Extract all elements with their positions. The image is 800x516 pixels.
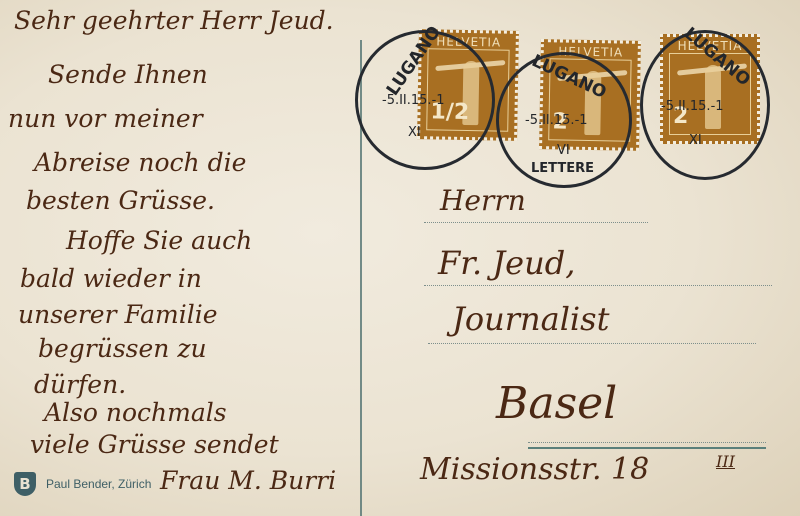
message-line: nun vor meiner <box>8 104 203 133</box>
publisher-text: Paul Bender, Zürich <box>46 477 151 491</box>
postmark-code: XI <box>689 133 702 148</box>
postcard: Sehr geehrter Herr Jeud. Sende Ihnen nun… <box>0 0 800 516</box>
address-street: Missionsstr. 18 <box>420 452 649 487</box>
address-rule-solid <box>528 447 766 449</box>
message-line: viele Grüsse sendet <box>30 430 279 459</box>
postmark: LUGANO -5.II.15.-1 XI <box>355 30 495 170</box>
postmark-date: -5.II.15.-1 <box>525 113 588 128</box>
publisher-shield-icon: B <box>14 472 36 496</box>
postmark-office: LETTERE <box>531 161 594 176</box>
message-line: bald wieder in <box>20 264 202 293</box>
message-line: unserer Familie <box>18 300 218 329</box>
message-greeting: Sehr geehrter Herr Jeud. <box>14 6 334 35</box>
address-salutation: Herrn <box>440 184 526 217</box>
signature: Frau M. Burri <box>160 466 336 495</box>
address-title: Journalist <box>452 300 609 338</box>
message-line: dürfen. <box>34 370 126 399</box>
address-rule <box>424 285 772 286</box>
address-name: Fr. Jeud, <box>438 244 575 282</box>
message-line: Hoffe Sie auch <box>66 226 252 255</box>
message-line: Abreise noch die <box>34 148 246 177</box>
postmark-code: XI <box>408 125 421 140</box>
message-line: Sende Ihnen <box>48 60 208 89</box>
postmark-code: VI <box>557 143 570 158</box>
postmark: LUGANO -5.II.15.-1 VI LETTERE <box>496 52 632 188</box>
postmark-date: -5.II.15.-1 <box>382 93 445 108</box>
postmark-town: LUGANO <box>383 23 445 100</box>
message-line: besten Grüsse. <box>26 186 215 215</box>
address-rule <box>424 222 648 223</box>
address-rule <box>528 442 766 443</box>
address-city: Basel <box>496 378 617 429</box>
message-line: begrüssen zu <box>38 334 207 363</box>
message-line: Also nochmals <box>44 398 227 427</box>
postmark: LUGANO -5.II.15.-1 XI <box>640 30 770 180</box>
publisher-imprint: B Paul Bender, Zürich <box>14 472 151 496</box>
address-floor: III <box>716 452 735 471</box>
postmark-date: -5.II.15.-1 <box>661 99 724 114</box>
address-rule <box>428 343 756 344</box>
